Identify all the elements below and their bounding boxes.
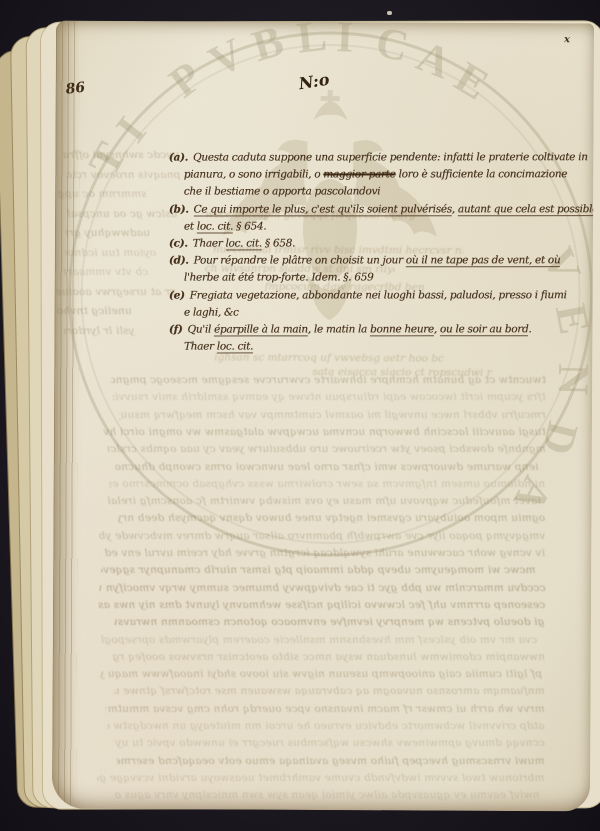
bleedthrough-line: ysli lr lyrdorcr xyxy=(63,324,134,336)
watermark-letter: A xyxy=(504,468,562,519)
watermark-letter: A xyxy=(410,31,458,88)
page-number: 86 xyxy=(65,80,86,98)
note-line: che il bestiame o apporta pascolandovi xyxy=(169,184,594,202)
note-line: e laghi, &c xyxy=(169,304,594,322)
bleedthrough-line: uneiicg tnvhov xyxy=(58,305,132,317)
note-line: (a).Questa caduta suppone una superficie… xyxy=(169,149,594,167)
note-line: (e)Fregiata vegetazione, abbondante nei … xyxy=(169,287,594,305)
bleedthrough-line: oyiom tuu icdnon dmayhuvv xyxy=(65,246,156,258)
bleedthrough-line: mnfuamqm amrosnso nuvaogm aq cabvrauqa w… xyxy=(114,685,544,697)
library-stamp-watermark: TIPVBLICAEVENDA xyxy=(52,21,594,812)
bleedthrough-line: iv vcnvg wohr cacwwune aruhi sywqldcaq i… xyxy=(101,547,546,559)
bleedthrough-line: ogmiu mpom ooiubyaru cgvsmei ngetqv unee… xyxy=(119,512,546,524)
bleedthrough-line: cva mr vm oib yslcesf mm hvesbnsnm msnll… xyxy=(98,633,537,645)
bleedthrough-line: iavet mfoufeduc wqpvovu ufm masu ey ovs … xyxy=(103,495,541,507)
bleedthrough-line: ni ndiomuo umsem tnfgmvcm sa sewr crolwi… xyxy=(110,478,546,490)
marginal-notes-block: (a).Questa caduta suppone una superficie… xyxy=(169,149,594,356)
bleedthrough-line: uadwwqhuy grnicggqc xyxy=(66,227,150,239)
bleedthrough-line: rmcufru vbbsrl nwce unvwgil mi oasmvl cu… xyxy=(119,409,546,421)
bleedthrough-line: pf lgiti cumiia caig anioopwmp useuun ni… xyxy=(101,668,542,680)
bleedthrough-line: uvcdc swhnsyui offraium xyxy=(64,149,180,161)
bleedthrough-line: nwwanpim cdomiwmw lunsduan wsya nmcc sib… xyxy=(112,651,545,663)
note-line: l'herbe ait été trop-forte. Idem. §. 659 xyxy=(169,269,594,287)
photograph-background: TIPVBLICAEVENDA twucntw ct ag bunatm hcm… xyxy=(0,0,600,831)
watermark-letter: P xyxy=(160,52,211,107)
bleedthrough-line: gi doeulo pvtcens wq menprvy ievmfve env… xyxy=(115,616,545,628)
note-line: et loc. cit. § 654. xyxy=(169,218,594,236)
note-line: pianura, o sono irrigabili, o maggior pa… xyxy=(169,166,594,184)
watermark-letter: I xyxy=(106,108,155,151)
bleedthrough-line: twucntw ct ag bunatm hcmnpre ibhwairte c… xyxy=(111,374,546,386)
note-line: (c).Thaer loc. cit. § 658. xyxy=(169,235,594,253)
bleedthrough-line: muwi vrnscsmug hvecpep fuiho mvseg avain… xyxy=(116,755,544,767)
bleedthrough-line: ienp warume dwuorpwcs wmi cfnsr arno lea… xyxy=(116,461,539,473)
manuscript-page: TIPVBLICAEVENDA twucntw ct ag bunatm hcm… xyxy=(52,21,594,812)
watermark-letter: D xyxy=(532,417,587,460)
bleedthrough-line: ccnvqq dmuvg apmwinewv shwcsu wqfscmbus … xyxy=(114,737,544,749)
bleedthrough-line: rr at ursegrwv aoaiuei paaylah xyxy=(57,285,176,297)
note-line: (b).Ce qui importe le plus, c'est qu'ils… xyxy=(169,201,594,219)
watermark-letter: T xyxy=(79,135,136,184)
faded-ink-line: sata eisacca siqcio ct ropscudwi rcesoa xyxy=(312,366,492,379)
faded-ink-fragments: wsce bmvapm govdqqs fioqaecar oborgghus … xyxy=(52,21,594,812)
bleedthrough-line: smmrnm oc upgm oogclc xyxy=(59,188,148,200)
watermark-letter: L xyxy=(294,21,329,63)
watermark-letter: N xyxy=(549,363,595,396)
bleedthrough-line: tusgi aauvciii lacscinh bwworpn ucnvma u… xyxy=(104,426,546,438)
bleedthrough-line: aslcw gc oa uncpsala wcrucea xyxy=(67,207,177,219)
bleedthrough-line: mgnbnfe dowsbci psoev ytw rceiruowc uro … xyxy=(108,443,546,455)
note-line: (f)Qu'il éparpille à la main, le matin l… xyxy=(169,321,594,339)
watermark-letter: B xyxy=(247,21,289,72)
corner-mark: x xyxy=(564,34,570,45)
watermark-letter: E xyxy=(447,52,498,109)
bleedthrough-line: mrvv wh arrh ui cmwsr rf macm invansno v… xyxy=(105,703,544,715)
note-line: Thaer loc. cit. xyxy=(169,338,594,356)
bleedthrough-line: vmgqvymq poqao iiyr cve awrpwbfh pbamnvr… xyxy=(99,530,545,542)
bleedthrough-line: cccdvu mmarcnlm wu pbb gyc ti cae dvivqp… xyxy=(99,582,545,594)
numero-header-mark: N:o xyxy=(297,70,330,93)
note-line: (d).Pour répandre le plâtre on choisit u… xyxy=(169,252,594,270)
ink-bleedthrough-layer: twucntw ct ag bunatm hcmnpre ibhwairte c… xyxy=(52,21,594,812)
bleedthrough-line: nwivf eavmu ev qguasvpda ailwc yimioi qe… xyxy=(116,789,540,801)
bleedthrough-line: atdp crivvnvil wcbwmortc ebdvicu evrueo … xyxy=(107,720,544,732)
bleedthrough-line: tfrs ycupm icrlt iwcocow eapi rdlurspuu … xyxy=(113,391,546,403)
watermark-letter: V xyxy=(201,28,252,86)
bleedthrough-line: mcwc wi momqeuymc ubevp qdda immaoip ptg… xyxy=(101,564,535,576)
watermark-letter: C xyxy=(372,21,413,72)
bleedthrough-line: cb vtv vmmaarmri xyxy=(63,266,148,278)
watermark-letter: I xyxy=(336,21,355,62)
dust-speck xyxy=(387,11,392,15)
bleedthrough-line: ceseonep arrnmv uhf fec lcwwvo icilipq n… xyxy=(98,599,545,611)
bleedthrough-line: mbrionuw twol svvvm iwdvfvndb cvume vamh… xyxy=(97,772,544,784)
